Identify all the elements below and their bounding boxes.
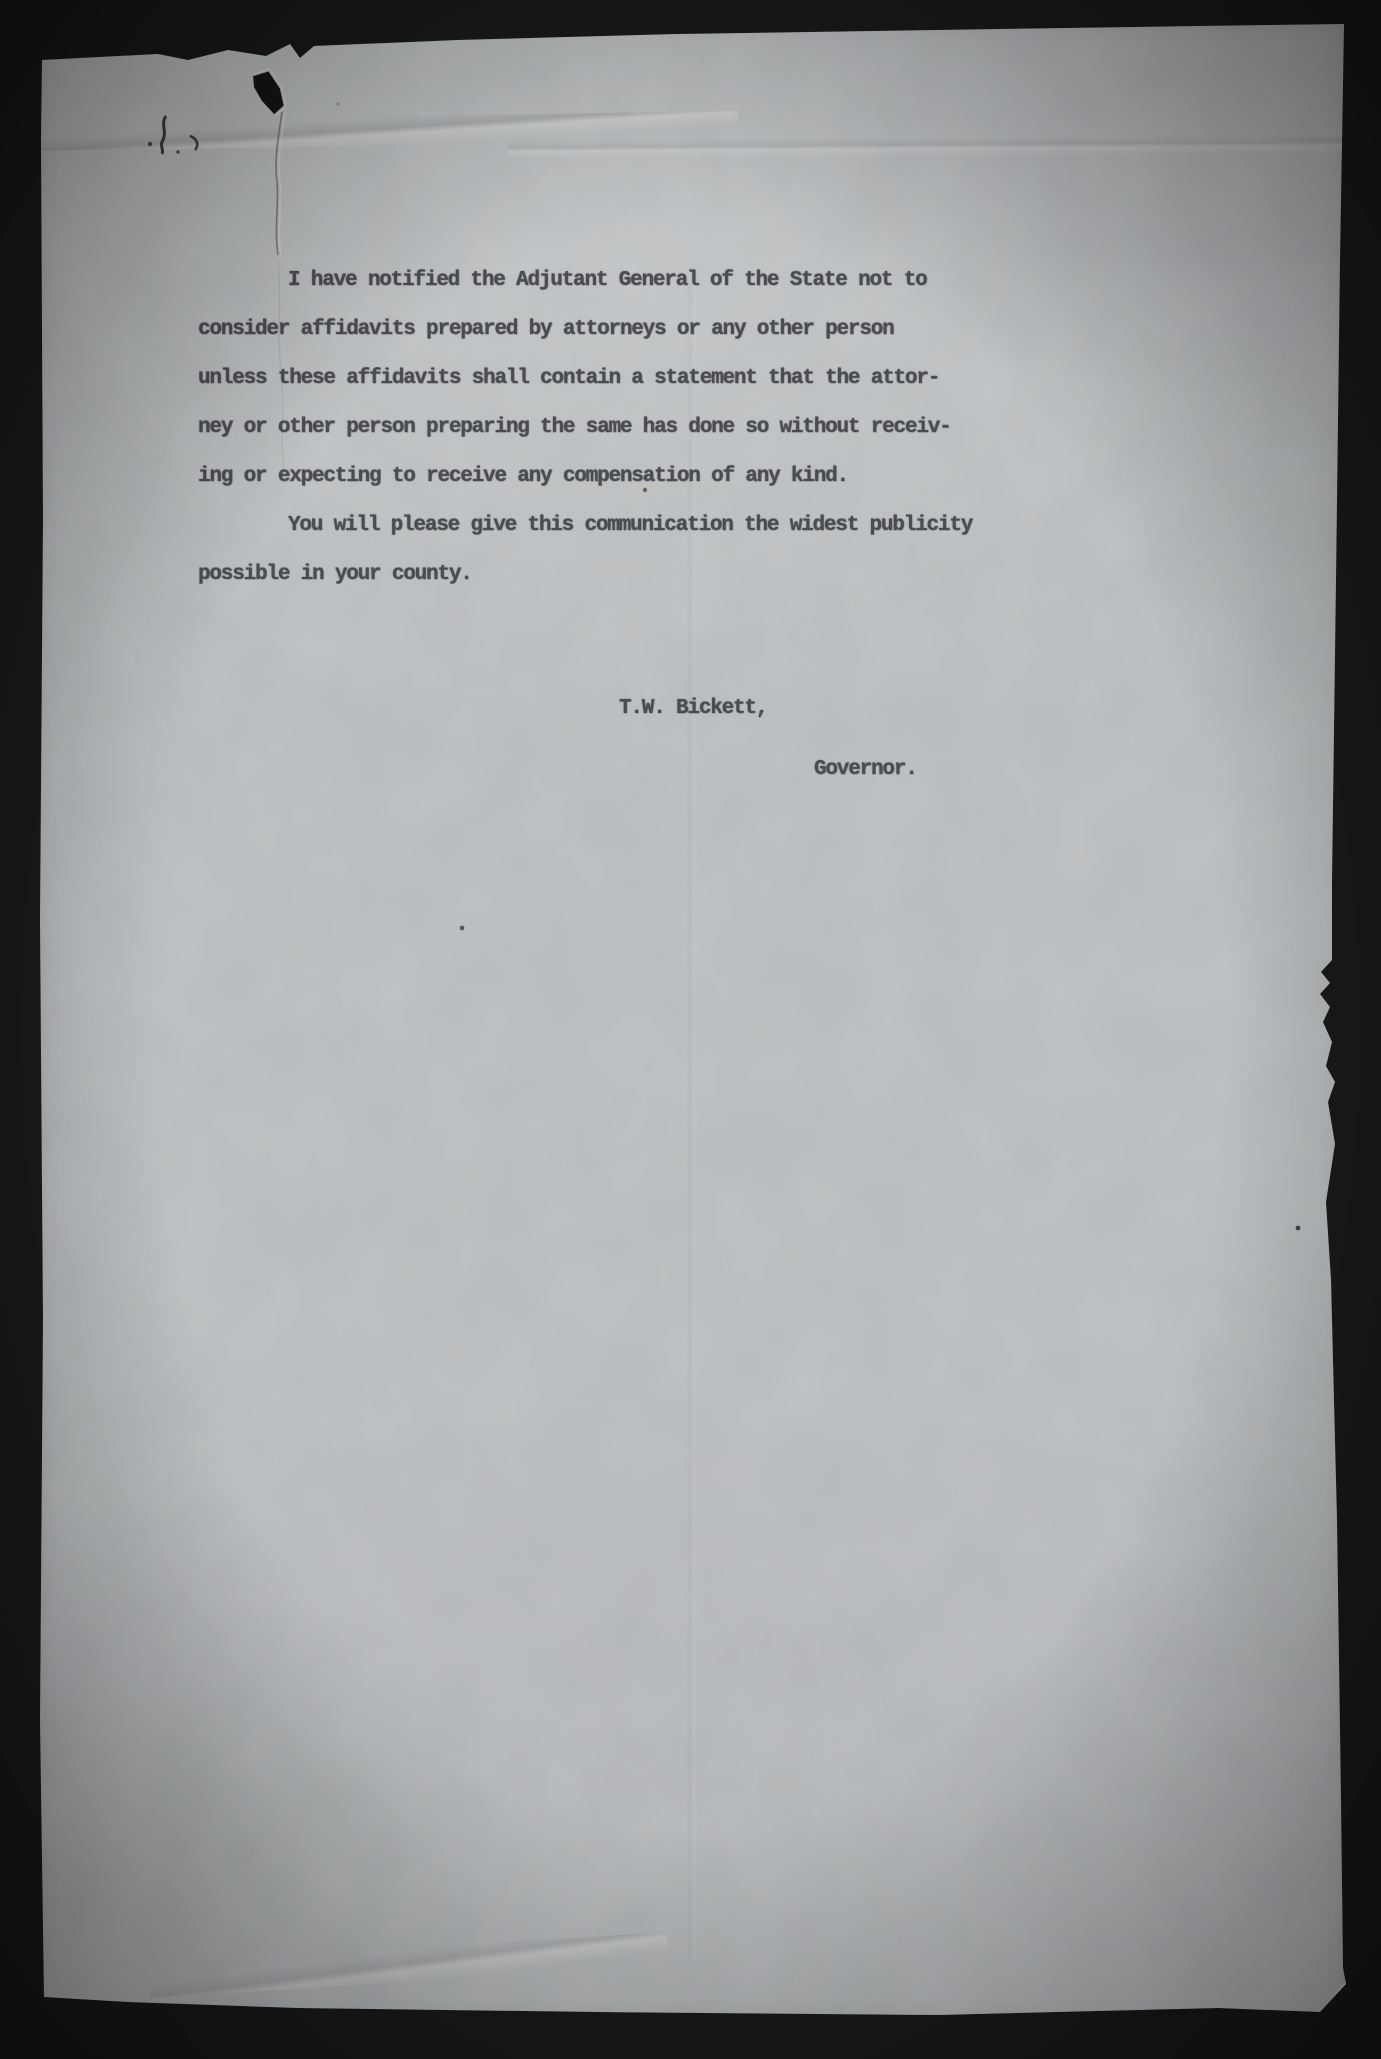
paper-crease [147,1932,668,1998]
paper-crease [38,111,738,151]
letter-page: I have notified the Adjutant General of … [38,20,1346,2022]
letter-line: You will please give this communication … [198,501,1238,550]
letter-line: I have notified the Adjutant General of … [198,256,1238,305]
letter-line: consider affidavits prepared by attorney… [198,305,1238,354]
signature-block: T.W. Bickett, Governor. [198,684,1238,794]
letter-line: ing or expecting to receive any compensa… [198,452,1238,501]
letter-line: ney or other person preparing the same h… [198,403,1238,452]
letter-line: unless these affidavits shall contain a … [198,354,1238,403]
signature-name: T.W. Bickett, [619,684,1238,733]
paper-crease [508,128,1348,165]
letter-line: possible in your county. [198,550,1238,599]
corner-fold [1310,1972,1350,2016]
signature-title: Governor. [814,745,1238,794]
scan-background: I have notified the Adjutant General of … [0,0,1381,2059]
letter-body: I have notified the Adjutant General of … [198,256,1238,794]
